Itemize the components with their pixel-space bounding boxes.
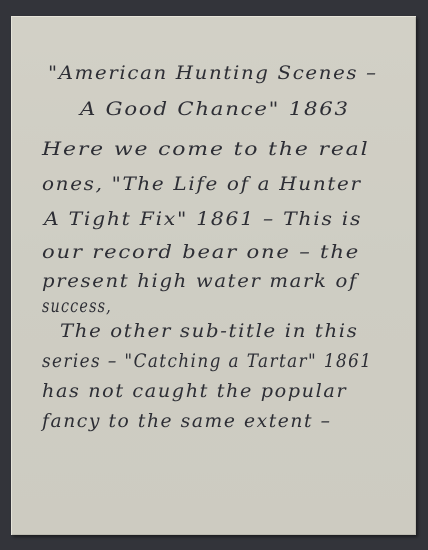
- text-line-4: ones, "The Life of a Hunter: [42, 175, 362, 194]
- text-line-11: has not caught the popular: [42, 382, 347, 401]
- text-line-1: "American Hunting Scenes –: [48, 64, 378, 83]
- text-line-6: our record bear one – the: [42, 243, 360, 262]
- text-line-7: present high water mark of: [42, 272, 358, 291]
- text-line-2: A Good Chance" 1863: [80, 100, 350, 119]
- text-line-9: The other sub-title in this: [60, 322, 359, 341]
- text-line-3: Here we come to the real: [42, 140, 369, 159]
- scan-background: "American Hunting Scenes – A Good Chance…: [0, 0, 428, 550]
- text-line-5: A Tight Fix" 1861 – This is: [44, 210, 362, 229]
- text-line-12: fancy to the same extent –: [42, 412, 332, 431]
- text-line-10: series – "Catching a Tartar" 1861: [42, 352, 372, 371]
- text-line-8: success,: [42, 297, 112, 316]
- manuscript-page: "American Hunting Scenes – A Good Chance…: [11, 16, 416, 535]
